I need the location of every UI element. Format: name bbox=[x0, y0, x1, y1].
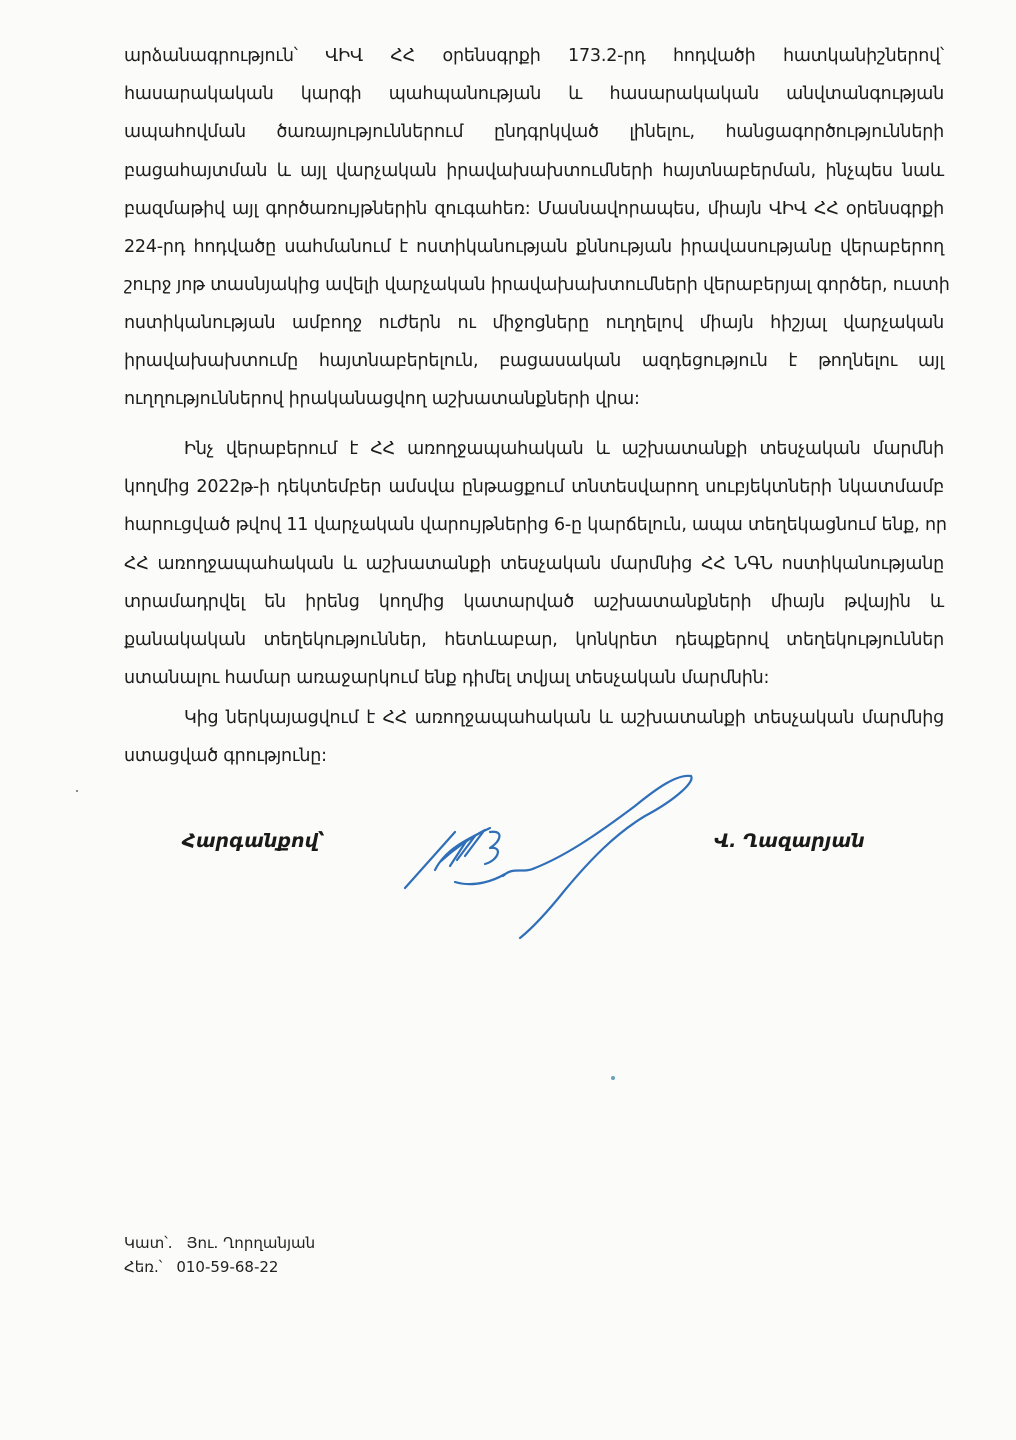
body-text-line: բացահայտման և այլ վարչական իրավախախտումն… bbox=[124, 159, 944, 183]
body-text-line: ոստիկանության ամբողջ ուժերն ու միջոցները… bbox=[124, 311, 944, 335]
body-text-line: ստանալու համար առաջարկում ենք դիմել տվյա… bbox=[124, 666, 944, 690]
body-text-line: արձանագրություն՝ ՎԻՎ ՀՀ օրենսգրքի 173.2-… bbox=[124, 44, 944, 68]
signature-icon bbox=[395, 770, 695, 940]
phone-line: Հեռ.՝010-59-68-22 bbox=[124, 1258, 278, 1276]
signatory-name: Վ. Ղազարյան bbox=[714, 830, 865, 852]
body-text-line: իրավախախտումը հայտնաբերելուն, բացասական … bbox=[124, 349, 944, 373]
executor-name: Յու. Ղորղանյան bbox=[187, 1234, 316, 1252]
phone-number: 010-59-68-22 bbox=[176, 1258, 278, 1276]
body-text-line: հարուցված թվով 11 վարչական վարույթներից … bbox=[124, 513, 944, 537]
body-text-line: տրամադրվել են իրենց կողմից կատարված աշխա… bbox=[124, 590, 944, 614]
body-text-line: 224-րդ հոդվածը սահմանում է ոստիկանության… bbox=[124, 235, 944, 259]
closing-salutation: Հարգանքով՝ bbox=[182, 830, 325, 852]
document-page: արձանագրություն՝ ՎԻՎ ՀՀ օրենսգրքի 173.2-… bbox=[0, 0, 1016, 1440]
body-text-line: ստացված գրությունը: bbox=[124, 744, 944, 768]
body-text-line: Ինչ վերաբերում է ՀՀ առողջապահական և աշխա… bbox=[184, 437, 944, 461]
body-text-line: շուրջ յոթ տասնյակից ավելի վարչական իրավա… bbox=[124, 273, 944, 297]
body-text-line: բազմաթիվ այլ գործառույթներին զուգահեռ: Մ… bbox=[124, 197, 944, 221]
phone-label: Հեռ.՝ bbox=[124, 1258, 162, 1276]
executor-line: Կատ՝.Յու. Ղորղանյան bbox=[124, 1234, 315, 1252]
body-text-line: ՀՀ առողջապահական և աշխատանքի տեսչական մա… bbox=[124, 552, 944, 576]
ink-dot bbox=[611, 1076, 615, 1080]
body-text-line: հասարակական կարգի պահպանության և հասարակ… bbox=[124, 82, 944, 106]
body-text-line: ուղղություններով իրականացվող աշխատանքներ… bbox=[124, 387, 944, 411]
body-text-line: քանակական տեղեկություններ, հետևաբար, կոն… bbox=[124, 628, 944, 652]
paper-speck bbox=[76, 790, 78, 792]
body-text-line: Կից ներկայացվում է ՀՀ առողջապահական և աշ… bbox=[184, 706, 944, 730]
body-text-line: կողմից 2022թ-ի դեկտեմբեր ամսվա ընթացքում… bbox=[124, 475, 944, 499]
executor-label: Կատ՝. bbox=[124, 1234, 173, 1252]
body-text-line: ապահովման ծառայություններում ընդգրկված լ… bbox=[124, 120, 944, 144]
